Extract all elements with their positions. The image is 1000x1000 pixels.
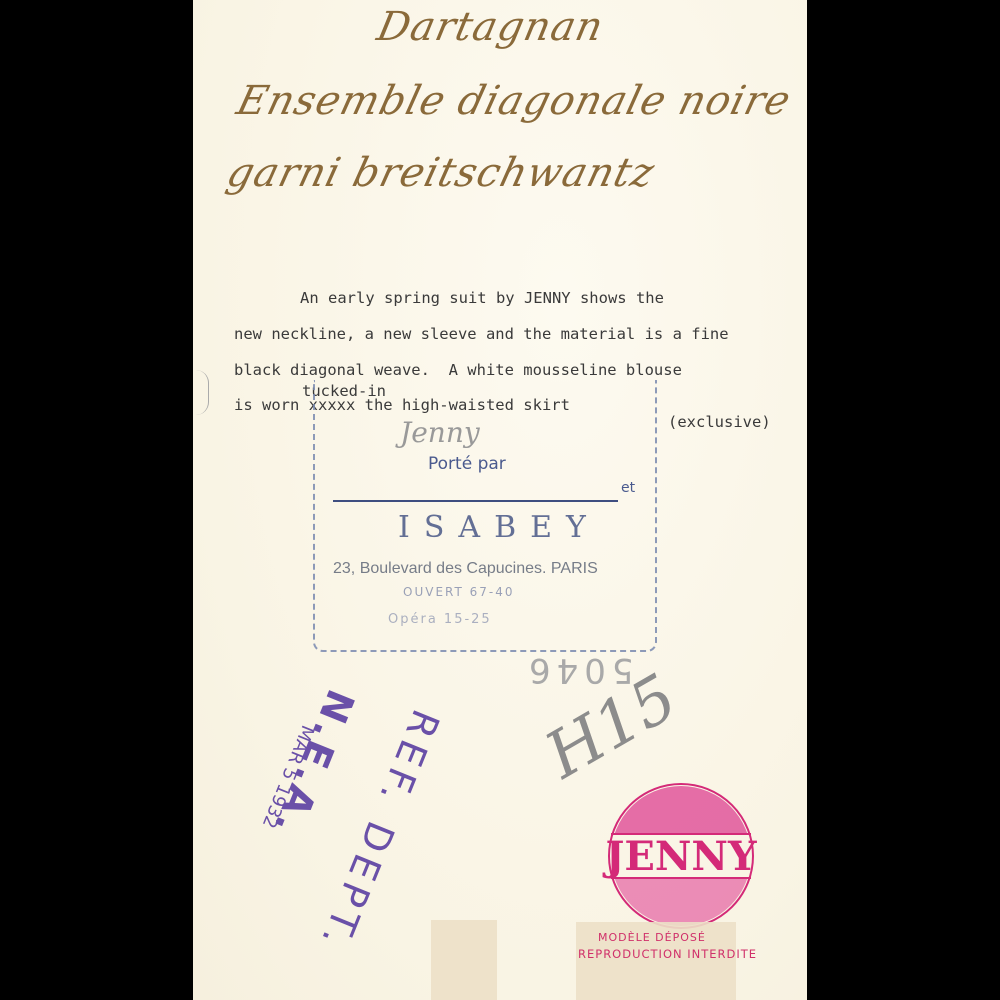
pencil-bracket-mark: [196, 370, 209, 415]
pencil-signature: Jenny: [400, 416, 480, 449]
caption-exclusive-note: (exclusive): [668, 413, 771, 431]
modele-depose-notice: MODÈLE DÉPOSÉ: [598, 931, 706, 944]
caption-line-3: black diagonal weave. A white mousseline…: [234, 361, 682, 379]
reproduction-interdite-notice: REPRODUCTION INTERDITE: [578, 947, 757, 961]
caption-line-1: An early spring suit by JENNY shows the: [300, 289, 664, 307]
photo-back-card: Dartagnan Ensemble diagonale noire garni…: [193, 0, 807, 1000]
handwritten-model-name: Dartagnan: [373, 4, 608, 50]
jenny-logo-stamp-icon: JENNY: [581, 782, 771, 930]
stamp-et: et: [621, 480, 635, 496]
svg-text:JENNY: JENNY: [602, 833, 757, 880]
handwritten-description-line2: garni breitschwantz: [222, 150, 659, 196]
stamp-faint-line: Opéra 15-25: [388, 612, 492, 627]
stamp-porte-par: Porté par: [428, 454, 506, 474]
stamp-telephone: OUVERT 67-40: [403, 585, 515, 599]
stamp-studio-name: ISABEY: [398, 510, 600, 545]
stamp-address: 23, Boulevard des Capucines. PARIS: [333, 560, 598, 578]
handwritten-description-line1: Ensemble diagonale noire: [232, 78, 796, 124]
caption-line-2: new neckline, a new sleeve and the mater…: [234, 325, 729, 343]
stamp-divider: [333, 500, 618, 502]
tape-strip-left: [431, 920, 497, 1000]
